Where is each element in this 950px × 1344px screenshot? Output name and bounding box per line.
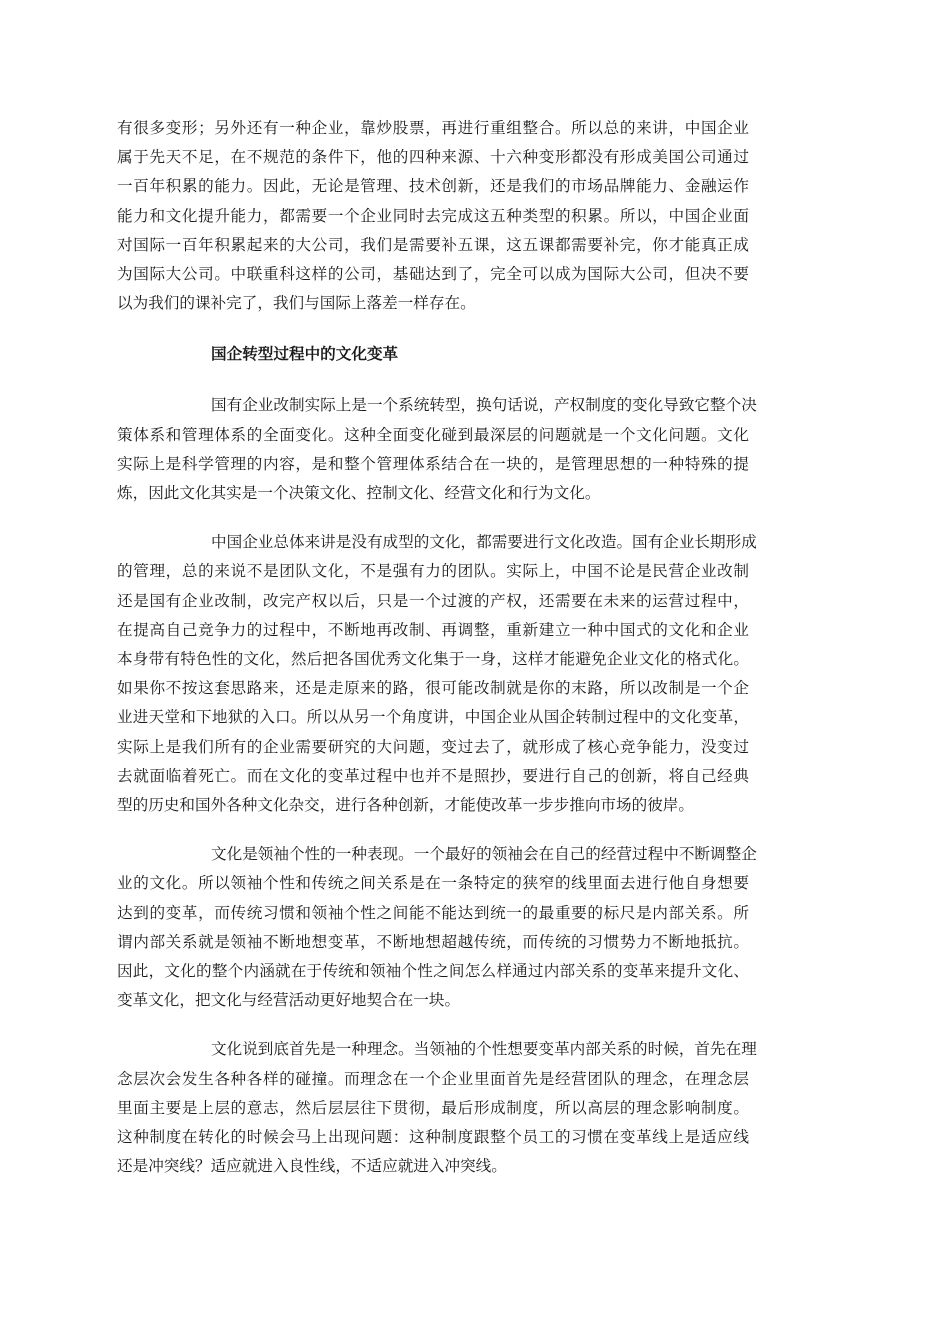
text-line: 这种制度在转化的时候会马上出现问题：这种制度跟整个员工的习惯在变革线上是适应线 xyxy=(117,1123,749,1152)
text-line: 在提高自己竞争力的过程中，不断地再改制、再调整，重新建立一种中国式的文化和企业 xyxy=(117,616,749,645)
section-heading: 国企转型过程中的文化变革 xyxy=(117,340,749,369)
text-line: 业的文化。所以领袖个性和传统之间关系是在一条特定的狭窄的线里面去进行他自身想要 xyxy=(117,869,749,898)
text-line: 因此，文化的整个内涵就在于传统和领袖个性之间怎么样通过内部关系的变革来提升文化、 xyxy=(117,957,749,986)
text-line: 变革文化，把文化与经营活动更好地契合在一块。 xyxy=(117,986,749,1015)
text-line: 对国际一百年积累起来的大公司，我们是需要补五课，这五课都需要补完，你才能真正成 xyxy=(117,231,749,260)
text-line: 文化说到底首先是一种理念。当领袖的个性想要变革内部关系的时候，首先在理 xyxy=(117,1035,749,1064)
text-line: 型的历史和国外各种文化杂交，进行各种创新，才能使改革一步步推向市场的彼岸。 xyxy=(117,791,749,820)
text-line: 本身带有特色性的文化，然后把各国优秀文化集于一身，这样才能避免企业文化的格式化。 xyxy=(117,645,749,674)
text-line: 为国际大公司。中联重科这样的公司，基础达到了，完全可以成为国际大公司，但决不要 xyxy=(117,260,749,289)
paragraph-2: 中国企业总体来讲是没有成型的文化，都需要进行文化改造。国有企业长期形成 的管理，… xyxy=(117,528,749,820)
spacer xyxy=(117,820,749,840)
paragraph-1: 国有企业改制实际上是一个系统转型，换句话说，产权制度的变化导致它整个决 策体系和… xyxy=(117,391,749,508)
text-line: 去就面临着死亡。而在文化的变革过程中也并不是照抄，要进行自己的创新，将自己经典 xyxy=(117,762,749,791)
paragraph-4: 文化说到底首先是一种理念。当领袖的个性想要变革内部关系的时候，首先在理 念层次会… xyxy=(117,1035,749,1181)
text-line: 实际上是我们所有的企业需要研究的大问题，变过去了，就形成了核心竞争能力，没变过 xyxy=(117,733,749,762)
text-line: 文化是领袖个性的一种表现。一个最好的领袖会在自己的经营过程中不断调整企 xyxy=(117,840,749,869)
text-line: 策体系和管理体系的全面变化。这种全面变化碰到最深层的问题就是一个文化问题。文化 xyxy=(117,421,749,450)
text-line: 中国企业总体来讲是没有成型的文化，都需要进行文化改造。国有企业长期形成 xyxy=(117,528,749,557)
spacer xyxy=(117,508,749,528)
spacer xyxy=(117,1015,749,1035)
spacer xyxy=(117,318,749,340)
text-line: 实际上是科学管理的内容，是和整个管理体系结合在一块的，是管理思想的一种特殊的提 xyxy=(117,450,749,479)
text-line: 谓内部关系就是领袖不断地想变革，不断地想超越传统，而传统的习惯势力不断地抵抗。 xyxy=(117,928,749,957)
text-line: 如果你不按这套思路来，还是走原来的路，很可能改制就是你的末路，所以改制是一个企 xyxy=(117,674,749,703)
text-line: 还是冲突线？适应就进入良性线，不适应就进入冲突线。 xyxy=(117,1152,749,1181)
text-line: 的管理，总的来说不是团队文化，不是强有力的团队。实际上，中国不论是民营企业改制 xyxy=(117,557,749,586)
text-line: 达到的变革，而传统习惯和领袖个性之间能不能达到统一的最重要的标尺是内部关系。所 xyxy=(117,899,749,928)
text-line: 还是国有企业改制，改完产权以后，只是一个过渡的产权，还需要在未来的运营过程中， xyxy=(117,587,749,616)
text-line: 以为我们的课补完了，我们与国际上落差一样存在。 xyxy=(117,289,749,318)
text-line: 念层次会发生各种各样的碰撞。而理念在一个企业里面首先是经营团队的理念，在理念层 xyxy=(117,1065,749,1094)
text-line: 业进天堂和下地狱的入口。所以从另一个角度讲，中国企业从国企转制过程中的文化变革， xyxy=(117,703,749,732)
paragraph-intro: 有很多变形；另外还有一种企业，靠炒股票，再进行重组整合。所以总的来讲，中国企业 … xyxy=(117,114,749,318)
document-page: 有很多变形；另外还有一种企业，靠炒股票，再进行重组整合。所以总的来讲，中国企业 … xyxy=(117,114,749,1182)
text-line: 炼，因此文化其实是一个决策文化、控制文化、经营文化和行为文化。 xyxy=(117,479,749,508)
text-line: 能力和文化提升能力，都需要一个企业同时去完成这五种类型的积累。所以，中国企业面 xyxy=(117,202,749,231)
text-line: 国有企业改制实际上是一个系统转型，换句话说，产权制度的变化导致它整个决 xyxy=(117,391,749,420)
text-line: 有很多变形；另外还有一种企业，靠炒股票，再进行重组整合。所以总的来讲，中国企业 xyxy=(117,114,749,143)
text-line: 里面主要是上层的意志，然后层层往下贯彻，最后形成制度，所以高层的理念影响制度。 xyxy=(117,1094,749,1123)
text-line: 一百年积累的能力。因此，无论是管理、技术创新，还是我们的市场品牌能力、金融运作 xyxy=(117,172,749,201)
text-line: 属于先天不足，在不规范的条件下，他的四种来源、十六种变形都没有形成美国公司通过 xyxy=(117,143,749,172)
paragraph-3: 文化是领袖个性的一种表现。一个最好的领袖会在自己的经营过程中不断调整企 业的文化… xyxy=(117,840,749,1015)
spacer xyxy=(117,369,749,391)
